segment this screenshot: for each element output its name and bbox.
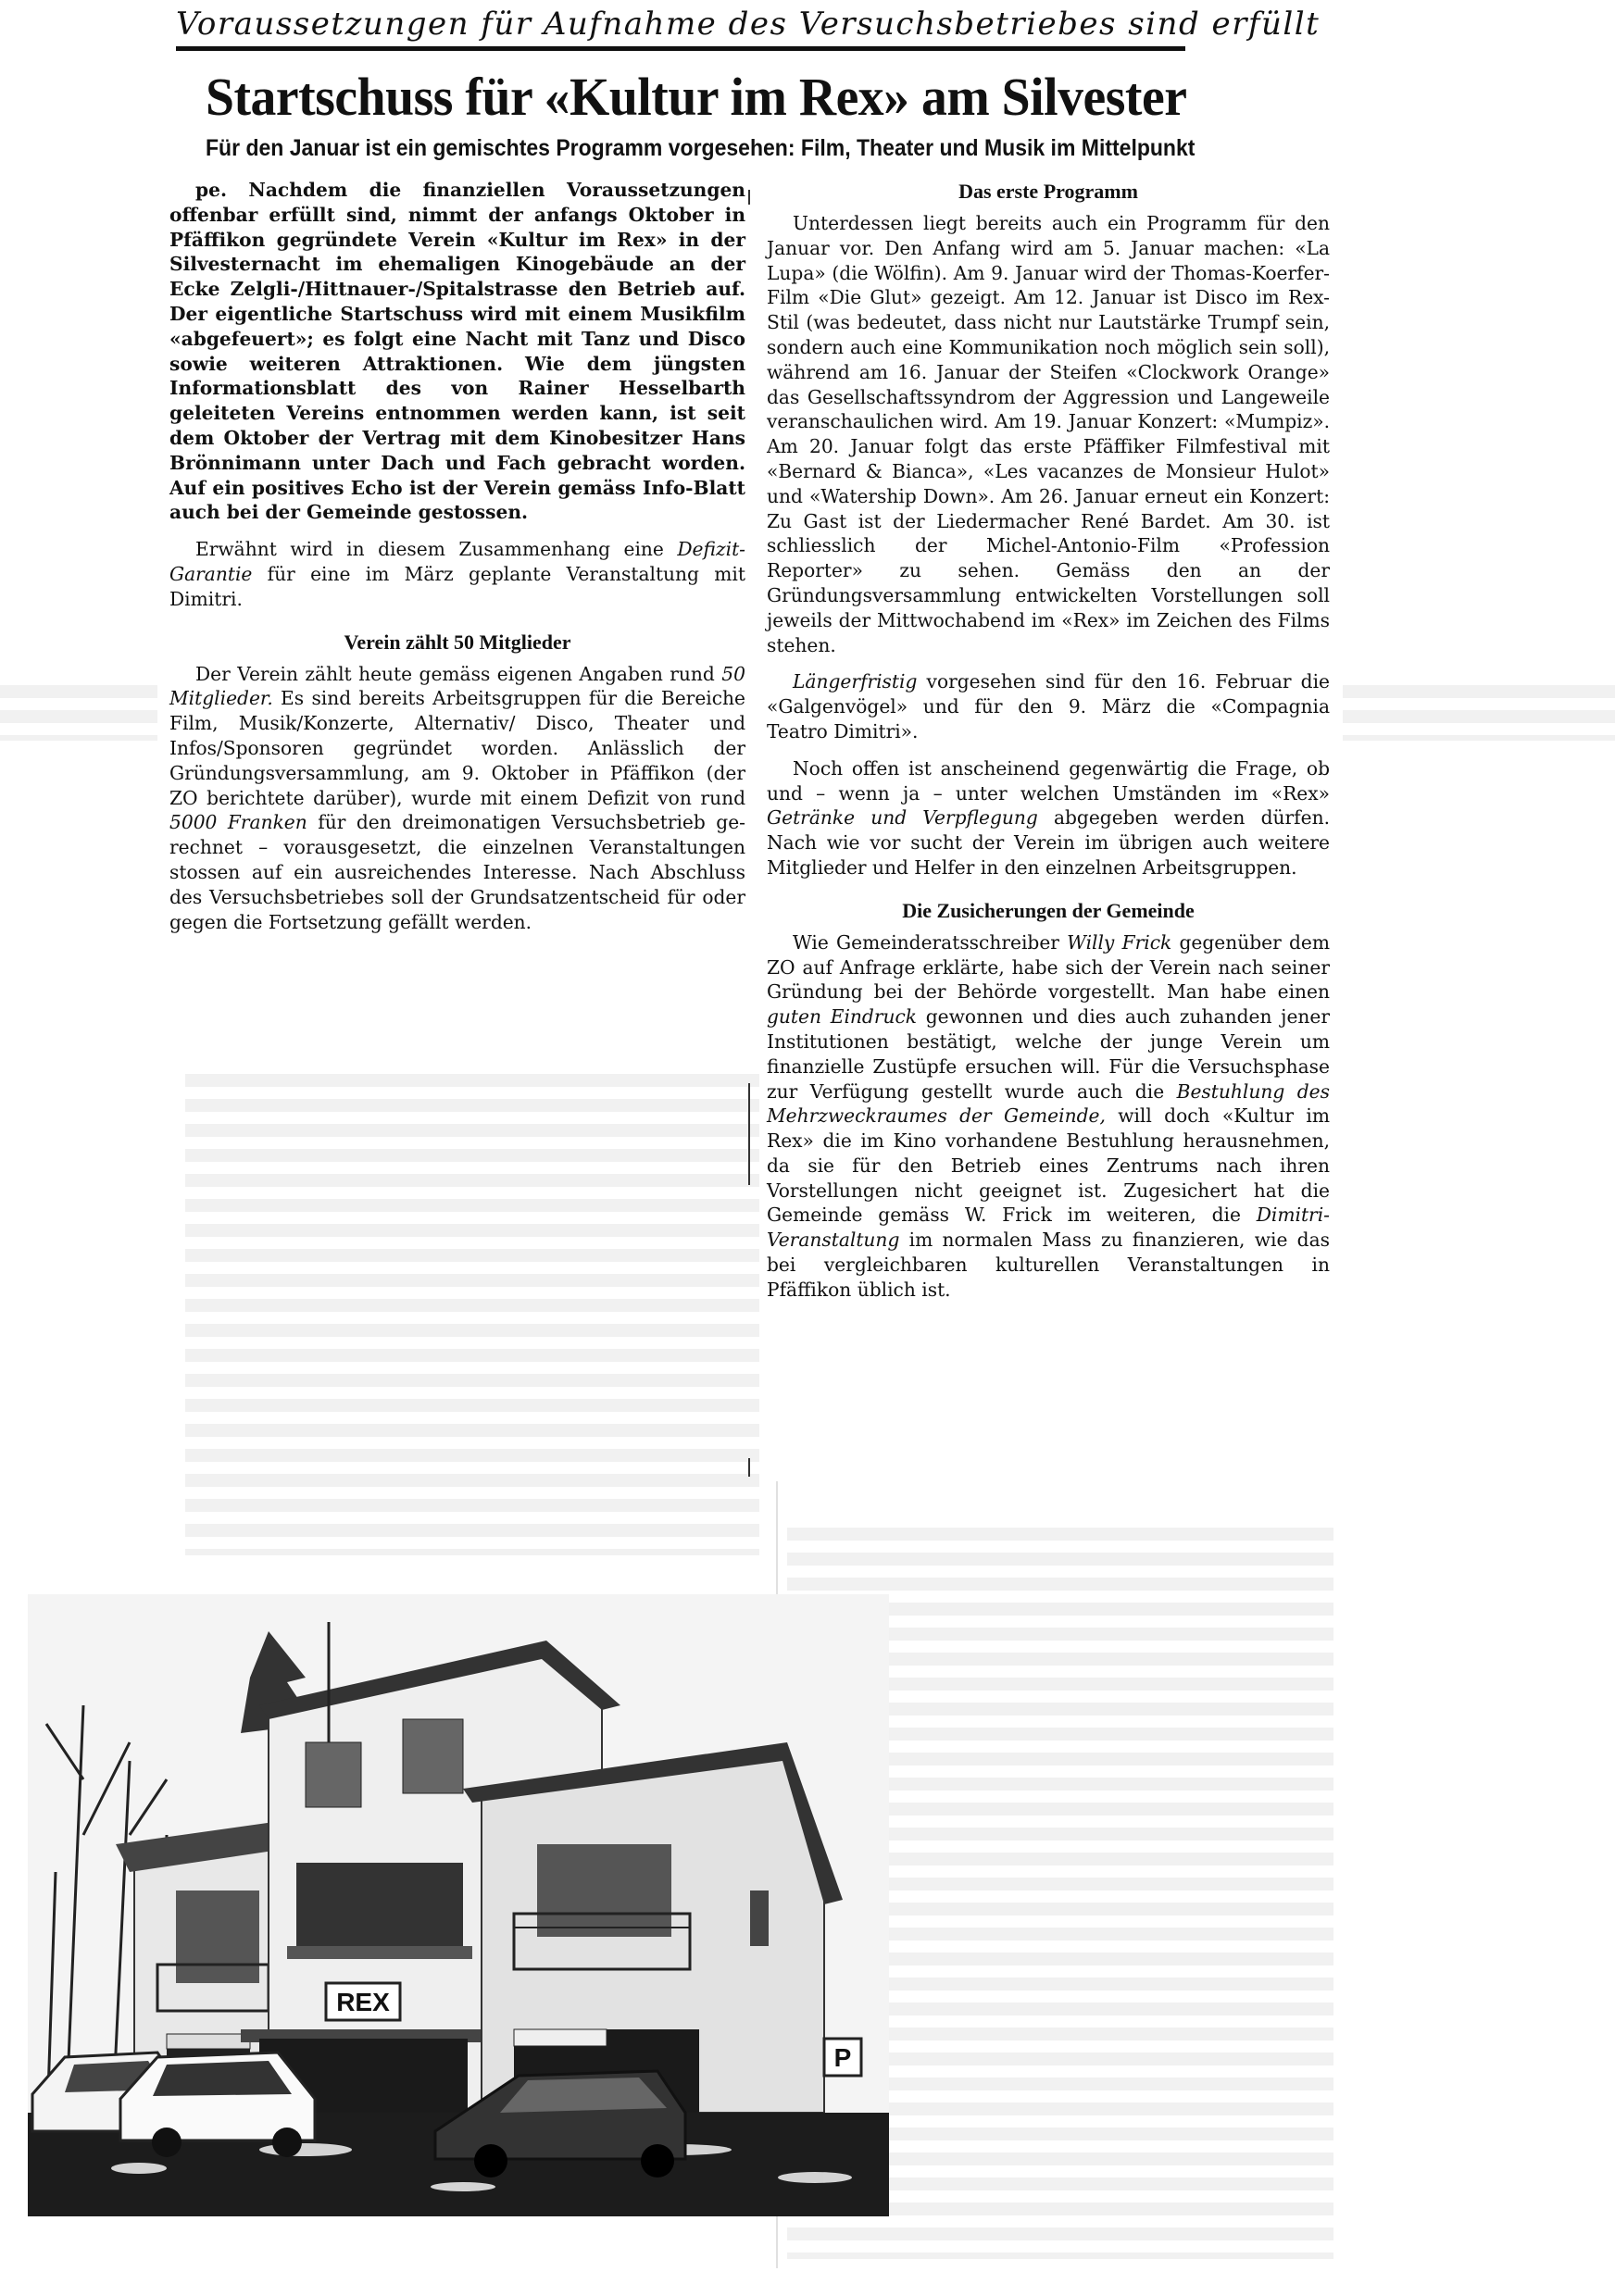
paragraph: Der Verein zählt heute gemäss eigenen An… [169, 662, 745, 935]
paragraph: Erwähnt wird in diesem Zusammenhang eine… [169, 537, 745, 611]
svg-text:REX: REX [336, 1988, 390, 2016]
subheading: Verein zählt 50 Mitglieder [169, 629, 745, 656]
rex-building-photo: REX P [28, 1594, 889, 2216]
paragraph: Unterdessen liegt bereits auch ein Progr… [767, 211, 1330, 657]
subheading: Das erste Programm [767, 178, 1330, 206]
article-column-left: pe. Nachdem die finanziellen Voraussetzu… [169, 178, 745, 934]
kicker-line: Voraussetzungen für Aufnahme des Versuch… [176, 4, 1185, 51]
headline: Startschuss für «Kultur im Rex» am Silve… [206, 65, 1272, 130]
column-rule [748, 1458, 750, 1477]
bleed-through-header-right [1343, 685, 1615, 741]
paragraph: Längerfristig vorgesehen sind für den 16… [767, 669, 1330, 743]
column-rule [748, 1083, 750, 1185]
building-photo-illustration: REX P [28, 1594, 889, 2216]
article-column-right: Das erste Programm Unterdessen liegt ber… [767, 178, 1330, 1303]
subheading: Die Zusicherungen der Gemeinde [767, 897, 1330, 925]
deck-subtitle: Für den Januar ist ein gemischtes Progra… [206, 130, 1228, 167]
paragraph: Wie Gemeinderatsschreiber Willy Frick ge… [767, 930, 1330, 1303]
svg-text:P: P [834, 2043, 852, 2072]
paragraph: Noch offen ist anscheinend gegenwärtig d… [767, 756, 1330, 880]
column-rule [748, 190, 750, 205]
lead-paragraph: pe. Nachdem die finanziellen Voraussetzu… [169, 178, 745, 525]
bleed-through-text-left [185, 1074, 759, 1555]
bleed-through-header-left [0, 685, 157, 741]
